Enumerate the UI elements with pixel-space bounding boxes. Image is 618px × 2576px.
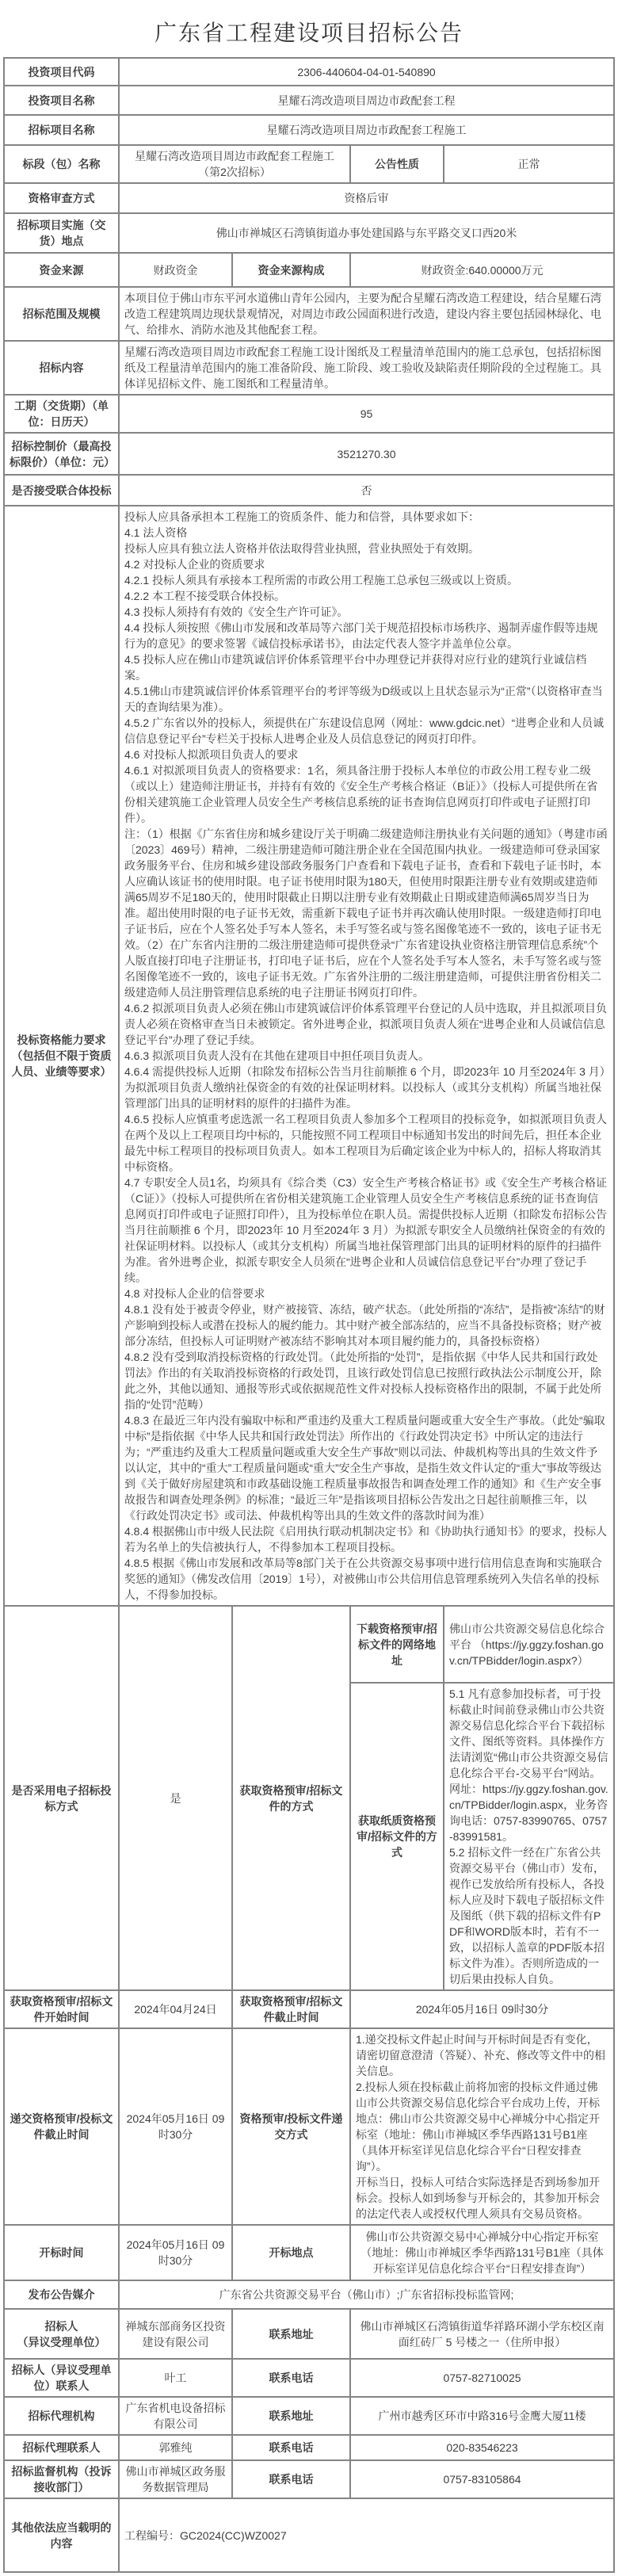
row-tender-name: 招标项目名称 星耀石湾改造项目周边市政配套工程施工 <box>4 115 614 145</box>
row-tenderer-contact: 招标人（异议受理单位）联系人 叶工 联系电话 0757-82710025 <box>4 2359 614 2397</box>
row-section-name: 标段（包）名称 星耀石湾改造项目周边市政配套工程施工（第2次招标） 公告性质 正… <box>4 145 614 183</box>
value-agency: 广东省机电设备招标有限公司 <box>119 2397 232 2435</box>
label-supervisor-phone: 联系电话 <box>232 2460 350 2498</box>
value-download-url: 佛山市公共资源交易信息化综合平台 （https://jy.ggzy.foshan… <box>444 1606 614 1683</box>
label-tenderer-phone: 联系电话 <box>232 2359 350 2397</box>
row-submit: 递交资格预审/投标文件截止时间 2024年05月16日 09时30分 资格预审/… <box>4 2028 614 2225</box>
label-electronic-bidding: 是否采用电子招标投标方式 <box>4 1606 119 1990</box>
row-tenderer: 招标人 （异议受理单位） 禅城东部商务区投资建设有限公司 联系地址 佛山市禅城区… <box>4 2309 614 2359</box>
label-agency-address: 联系地址 <box>232 2397 350 2435</box>
value-section-name: 星耀石湾改造项目周边市政配套工程施工（第2次招标） <box>119 145 350 183</box>
label-fund-composition: 资金来源构成 <box>232 253 350 287</box>
value-opening-time: 2024年05月16日 09时30分 <box>119 2225 232 2280</box>
value-opening-place: 佛山市公共资源交易中心禅城分中心指定开标室（地址：佛山市禅城区季华西路131号B… <box>350 2225 614 2280</box>
label-project-name: 投资项目名称 <box>4 86 119 115</box>
label-content: 招标内容 <box>4 341 119 395</box>
row-supervisor: 招标监督机构（投诉接收部门） 佛山市禅城区政务服务数据管理局 联系电话 0757… <box>4 2460 614 2498</box>
label-tenderer-address: 联系地址 <box>232 2309 350 2359</box>
row-project-code: 投资项目代码 2306-440604-04-01-540890 <box>4 58 614 86</box>
value-electronic-bidding: 是 <box>119 1606 232 1990</box>
page-title: 广东省工程建设项目招标公告 <box>0 0 618 57</box>
label-tenderer-contact: 招标人（异议受理单位）联系人 <box>4 2359 119 2397</box>
tender-notice-page: 广东省工程建设项目招标公告 投资项目代码 2306-440604-04-01-5… <box>0 0 618 2573</box>
row-opening: 开标时间 2024年05月16日 09时30分 开标地点 佛山市公共资源交易中心… <box>4 2225 614 2280</box>
label-obtain-method: 获取资格预审/招标文件的方式 <box>232 1606 350 1990</box>
label-project-code: 投资项目代码 <box>4 58 119 86</box>
label-agency-phone: 联系电话 <box>232 2435 350 2460</box>
value-media: 广东省公共资源交易平台（佛山市）;广东省招标投标监管网; <box>119 2280 614 2309</box>
row-media: 发布公告媒介 广东省公共资源交易平台（佛山市）;广东省招标投标监管网; <box>4 2280 614 2309</box>
row-content: 招标内容 星耀石湾改造项目周边市政配套工程施工设计图纸及工程量清单范围内的施工总… <box>4 341 614 395</box>
row-qual-review: 资格审查方式 资格后审 <box>4 183 614 213</box>
label-media: 发布公告媒介 <box>4 2280 119 2309</box>
value-project-name: 星耀石湾改造项目周边市政配套工程 <box>119 86 614 115</box>
value-agency-address: 广州市越秀区环市中路316号金鹰大厦11楼 <box>350 2397 614 2435</box>
label-download-url: 下载资格预审/招标文件的网络地址 <box>350 1606 444 1683</box>
label-agency-contact: 招标代理联系人 <box>4 2435 119 2460</box>
label-fund-source: 资金来源 <box>4 253 119 287</box>
value-project-code: 2306-440604-04-01-540890 <box>119 58 614 86</box>
value-duration: 95 <box>119 395 614 433</box>
label-obtain-start: 获取资格预审/招标文件开始时间 <box>4 1990 119 2028</box>
value-fund-source: 财政资金 <box>119 253 232 287</box>
row-project-name: 投资项目名称 星耀石湾改造项目周边市政配套工程 <box>4 86 614 115</box>
row-agency-contact: 招标代理联系人 郭雅纯 联系电话 020-83546223 <box>4 2435 614 2460</box>
value-scope: 本项目位于佛山市东平河水道佛山青年公园内，主要为配合星耀石湾改造工程建设，结合星… <box>119 287 614 341</box>
label-qual-review: 资格审查方式 <box>4 183 119 213</box>
value-paper-method: 5.1 凡有意参加投标者，可于投标截止时间前登录佛山市公共资源交易信息化综合平台… <box>444 1683 614 1990</box>
value-obtain-end: 2024年05月16日 09时30分 <box>350 1990 614 2028</box>
label-duration: 工期（交货期）（单位：日历天） <box>4 395 119 433</box>
row-agency: 招标代理机构 广东省机电设备招标有限公司 联系地址 广州市越秀区环市中路316号… <box>4 2397 614 2435</box>
row-scope: 招标范围及规模 本项目位于佛山市东平河水道佛山青年公园内，主要为配合星耀石湾改造… <box>4 287 614 341</box>
label-notice-nature: 公告性质 <box>350 145 444 183</box>
value-fund-composition: 财政资金:640.00000万元 <box>350 253 614 287</box>
value-notice-nature: 正常 <box>444 145 614 183</box>
row-fund: 资金来源 财政资金 资金来源构成 财政资金:640.00000万元 <box>4 253 614 287</box>
label-scope: 招标范围及规模 <box>4 287 119 341</box>
value-obtain-start: 2024年04月24日 <box>119 1990 232 2028</box>
value-other-content: 工程编号：GC2024(CC)WZ0027 <box>119 2498 614 2572</box>
label-consortium: 是否接受联合体投标 <box>4 475 119 506</box>
label-submit-deadline: 递交资格预审/投标文件截止时间 <box>4 2028 119 2225</box>
label-paper-method: 获取纸质资格预审/招标文件的方式 <box>350 1683 444 1990</box>
value-qualification-requirements: 投标人应具备承担本工程施工的资质条件、能力和信誉，具体要求如下： 4.1 法人资… <box>119 506 614 1606</box>
label-other-content: 其他依法应当载明的内容 <box>4 2498 119 2572</box>
value-location: 佛山市禅城区石湾镇街道办事处建国路与东平路交叉口西20米 <box>119 213 614 253</box>
label-submit-method: 资格预审/投标文件递交方式 <box>232 2028 350 2225</box>
row-duration: 工期（交货期）（单位：日历天） 95 <box>4 395 614 433</box>
label-opening-place: 开标地点 <box>232 2225 350 2280</box>
value-tenderer-contact: 叶工 <box>119 2359 232 2397</box>
label-tender-name: 招标项目名称 <box>4 115 119 145</box>
value-tenderer-address: 佛山市禅城区石湾镇街道华祥路环湖小学东校区南面红砖厂 5 号楼之一（住所申报） <box>350 2309 614 2359</box>
row-location: 招标项目实施（交货）地点 佛山市禅城区石湾镇街道办事处建国路与东平路交叉口西20… <box>4 213 614 253</box>
value-tenderer: 禅城东部商务区投资建设有限公司 <box>119 2309 232 2359</box>
value-supervisor-phone: 0757-83105864 <box>350 2460 614 2498</box>
tender-notice-table: 投资项目代码 2306-440604-04-01-540890 投资项目名称 星… <box>3 57 615 2573</box>
row-price-limit: 招标控制价（最高投标限价）（单位：元） 3521270.30 <box>4 433 614 475</box>
label-price-limit: 招标控制价（最高投标限价）（单位：元） <box>4 433 119 475</box>
label-qualification-requirements: 投标资格能力要求（包括但不限于资质人员、业绩等要求） <box>4 506 119 1606</box>
value-price-limit: 3521270.30 <box>119 433 614 475</box>
value-tender-name: 星耀石湾改造项目周边市政配套工程施工 <box>119 115 614 145</box>
label-opening-time: 开标时间 <box>4 2225 119 2280</box>
value-submit-method: 1.递交投标文件起止时间与开标时间是否有变化，请密切留意澄清（答疑）、补充、修改… <box>350 2028 614 2225</box>
value-content: 星耀石湾改造项目周边市政配套工程施工设计图纸及工程量清单范围内的施工总承包，包括… <box>119 341 614 395</box>
value-tenderer-phone: 0757-82710025 <box>350 2359 614 2397</box>
row-obtain-time: 获取资格预审/招标文件开始时间 2024年04月24日 获取资格预审/招标文件截… <box>4 1990 614 2028</box>
label-location: 招标项目实施（交货）地点 <box>4 213 119 253</box>
value-agency-phone: 020-83546223 <box>350 2435 614 2460</box>
value-supervisor: 佛山市禅城区政务服务数据管理局 <box>119 2460 232 2498</box>
value-agency-contact: 郭雅纯 <box>119 2435 232 2460</box>
value-qual-review: 资格后审 <box>119 183 614 213</box>
row-qualification-requirements: 投标资格能力要求（包括但不限于资质人员、业绩等要求） 投标人应具备承担本工程施工… <box>4 506 614 1606</box>
label-agency: 招标代理机构 <box>4 2397 119 2435</box>
label-obtain-end: 获取资格预审/招标文件截止时间 <box>232 1990 350 2028</box>
row-electronic-bidding: 是否采用电子招标投标方式 是 获取资格预审/招标文件的方式 下载资格预审/招标文… <box>4 1606 614 1683</box>
label-supervisor: 招标监督机构（投诉接收部门） <box>4 2460 119 2498</box>
label-tenderer: 招标人 （异议受理单位） <box>4 2309 119 2359</box>
value-consortium: 否 <box>119 475 614 506</box>
row-other: 其他依法应当载明的内容 工程编号：GC2024(CC)WZ0027 <box>4 2498 614 2572</box>
label-section-name: 标段（包）名称 <box>4 145 119 183</box>
row-consortium: 是否接受联合体投标 否 <box>4 475 614 506</box>
value-submit-deadline: 2024年05月16日 09时30分 <box>119 2028 232 2225</box>
